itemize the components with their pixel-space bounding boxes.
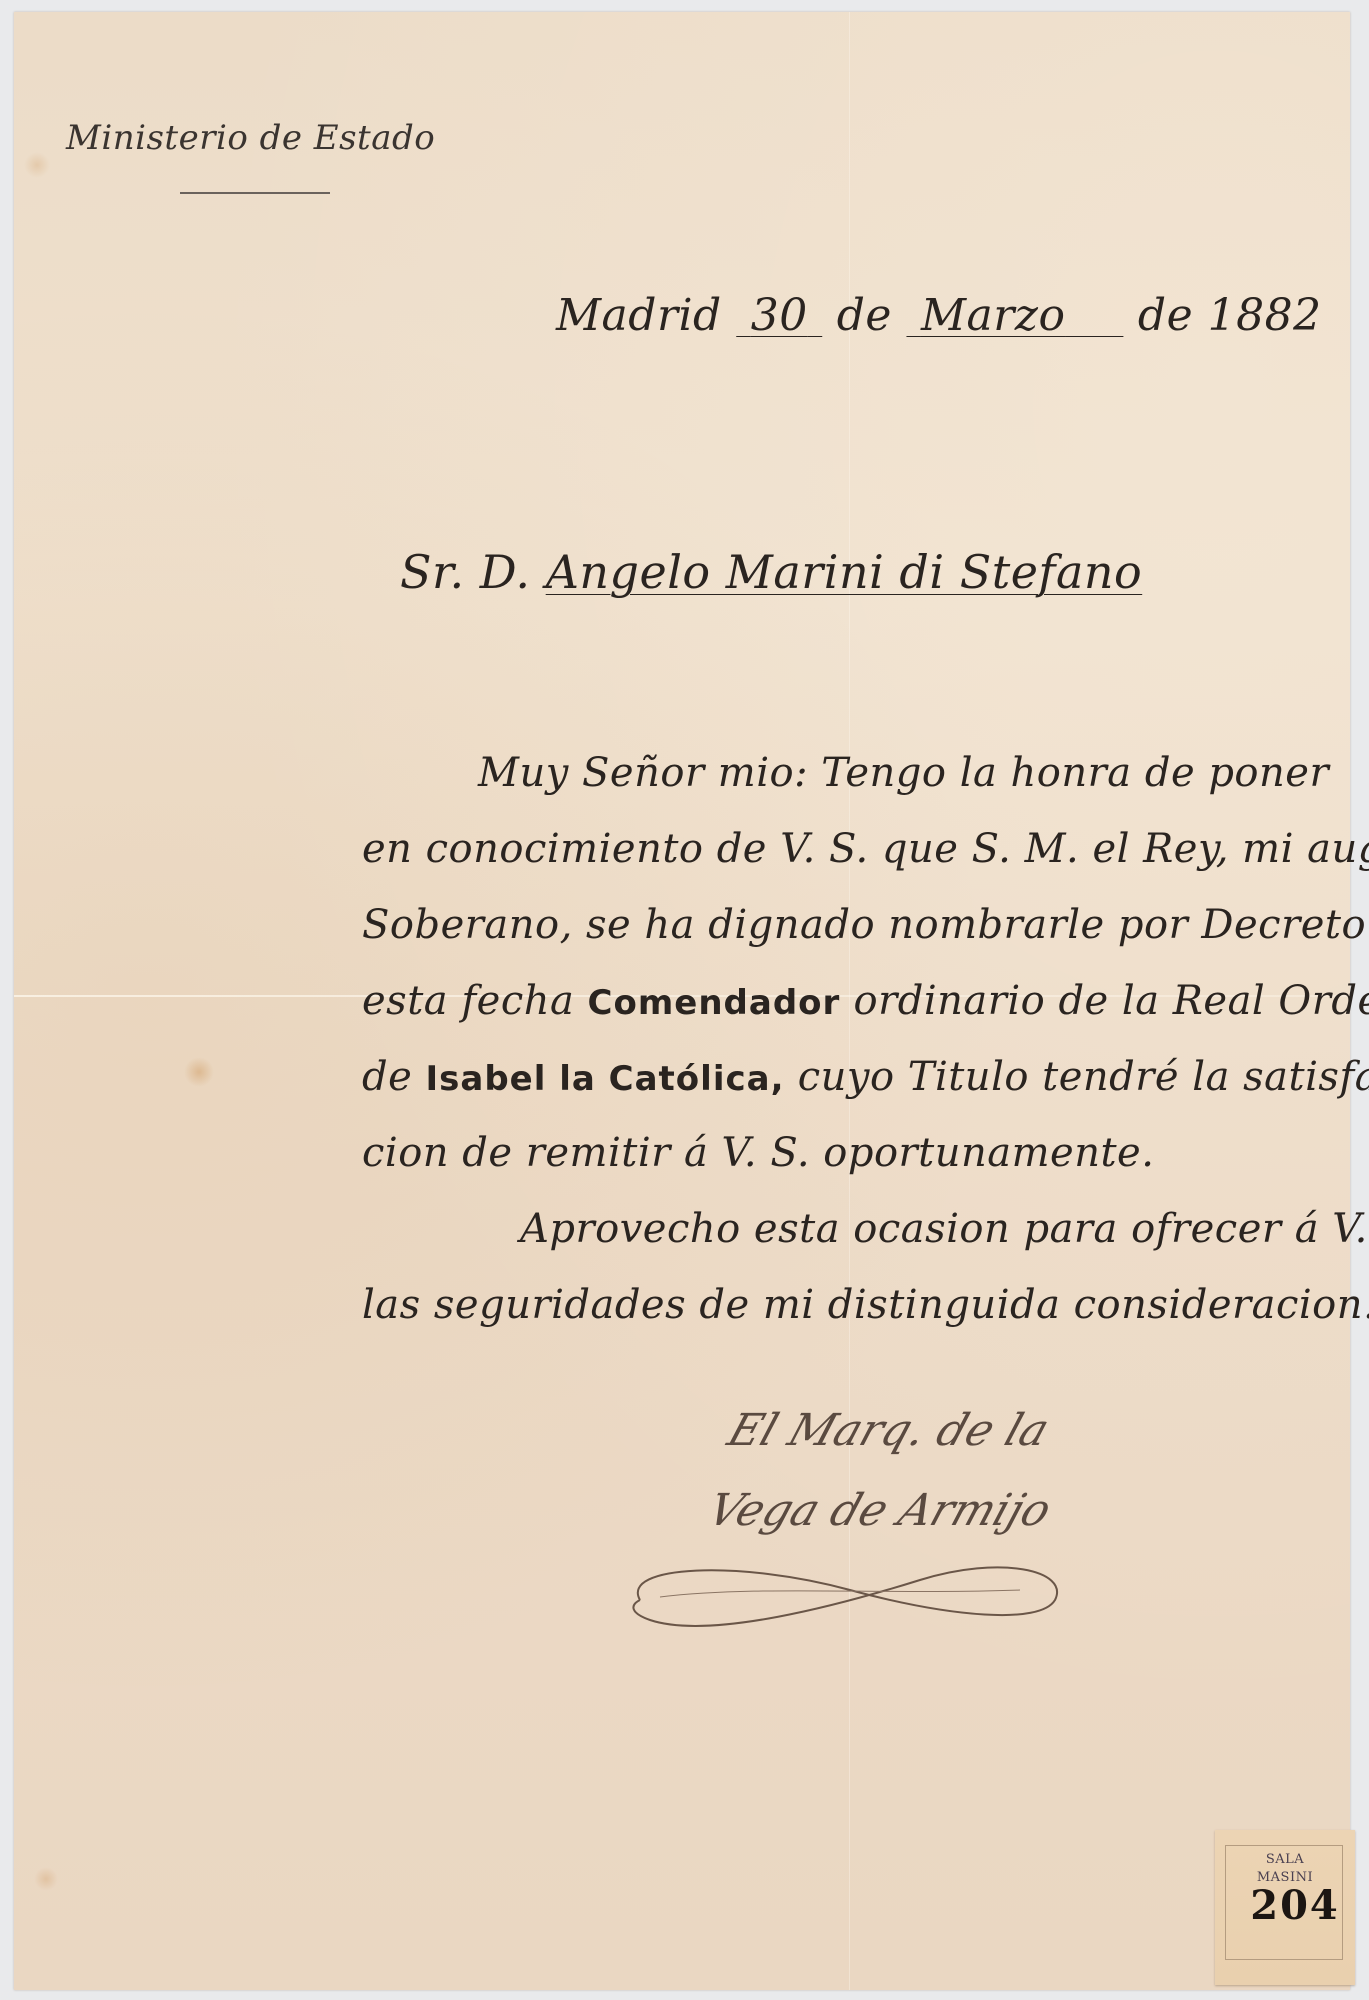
body-line-3: Soberano, se ha dignado nombrarle por De… — [362, 902, 1369, 948]
body-line-8: las seguridades de mi distinguida consid… — [362, 1282, 1369, 1328]
label-line-1: SALA — [1215, 1852, 1355, 1867]
body-line-1: Muy Señor mio: Tengo la honra de poner — [478, 750, 1329, 796]
body-line-4: esta fecha Comendador ordinario de la Re… — [362, 978, 1369, 1024]
rank-title: Comendador — [588, 983, 841, 1023]
date-year: 1882 — [1208, 290, 1322, 341]
date-place: Madrid — [556, 290, 722, 341]
label-number: 204 — [1235, 1882, 1355, 1929]
addressee-line: Sr. D. Angelo Marini di Stefano — [400, 545, 1142, 599]
addressee-prefix: Sr. D. — [400, 545, 531, 599]
body-line-5: de Isabel la Católica, cuyo Titulo tendr… — [362, 1054, 1369, 1100]
date-line: Madrid 30 de Marzo de 1882 — [556, 290, 1322, 341]
foxing-stain — [34, 1867, 58, 1891]
body-line-2: en conocimiento de V. S. que S. M. el Re… — [362, 826, 1369, 872]
signature-flourish-icon — [620, 1385, 1060, 1635]
foxing-stain — [24, 152, 50, 178]
addressee-name: Angelo Marini di Stefano — [546, 545, 1143, 599]
order-name: Isabel la Católica, — [426, 1059, 785, 1099]
ministry-header: Ministerio de Estado — [66, 118, 435, 158]
foxing-stain — [184, 1057, 214, 1087]
body-line-7: Aprovecho esta ocasion para ofrecer á V.… — [520, 1206, 1369, 1252]
signature-block: El Marq. de la Vega de Armijo — [700, 1385, 1140, 1635]
body-line-6: cion de remitir á V. S. oportunamente. — [362, 1130, 1154, 1176]
date-day: 30 — [736, 290, 822, 341]
date-month: Marzo — [906, 290, 1123, 341]
date-connector: de — [837, 290, 892, 341]
header-divider — [180, 192, 330, 194]
date-connector: de — [1138, 290, 1193, 341]
archive-label: SALA MASINI 204 — [1215, 1830, 1355, 1985]
